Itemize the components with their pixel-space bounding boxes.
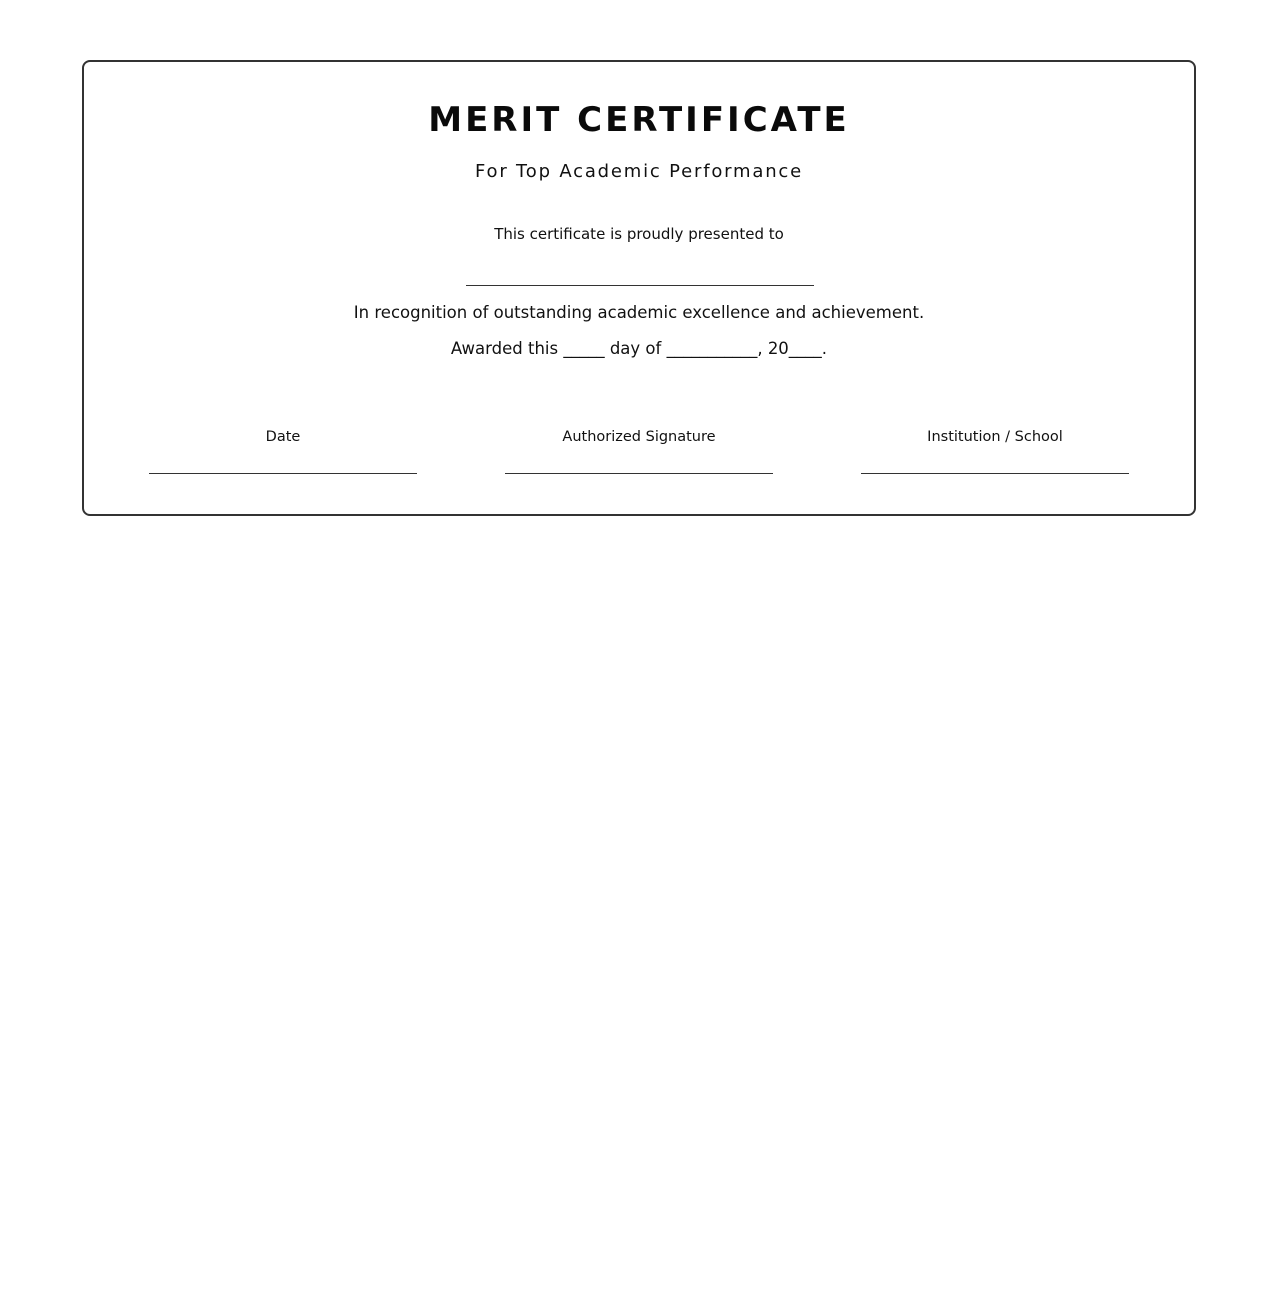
recognition-text: In recognition of outstanding academic e… bbox=[84, 303, 1194, 322]
certificate-card: MERIT CERTIFICATE For Top Academic Perfo… bbox=[82, 60, 1196, 516]
recipient-name-line bbox=[466, 285, 814, 286]
certificate-title: MERIT CERTIFICATE bbox=[84, 100, 1194, 140]
certificate-subtitle: For Top Academic Performance bbox=[84, 161, 1194, 182]
signature-block-date: Date bbox=[149, 427, 417, 474]
signature-label-institution: Institution / School bbox=[861, 427, 1129, 451]
signature-label-authorized: Authorized Signature bbox=[505, 427, 773, 451]
presented-to-text: This certificate is proudly presented to bbox=[84, 225, 1194, 243]
signature-line-authorized bbox=[505, 473, 773, 474]
signature-line-institution bbox=[861, 473, 1129, 474]
signature-label-date: Date bbox=[149, 427, 417, 451]
awarded-date-text: Awarded this _____ day of ___________, 2… bbox=[84, 339, 1194, 358]
signature-block-authorized: Authorized Signature bbox=[505, 427, 773, 474]
signature-line-date bbox=[149, 473, 417, 474]
signature-block-institution: Institution / School bbox=[861, 427, 1129, 474]
